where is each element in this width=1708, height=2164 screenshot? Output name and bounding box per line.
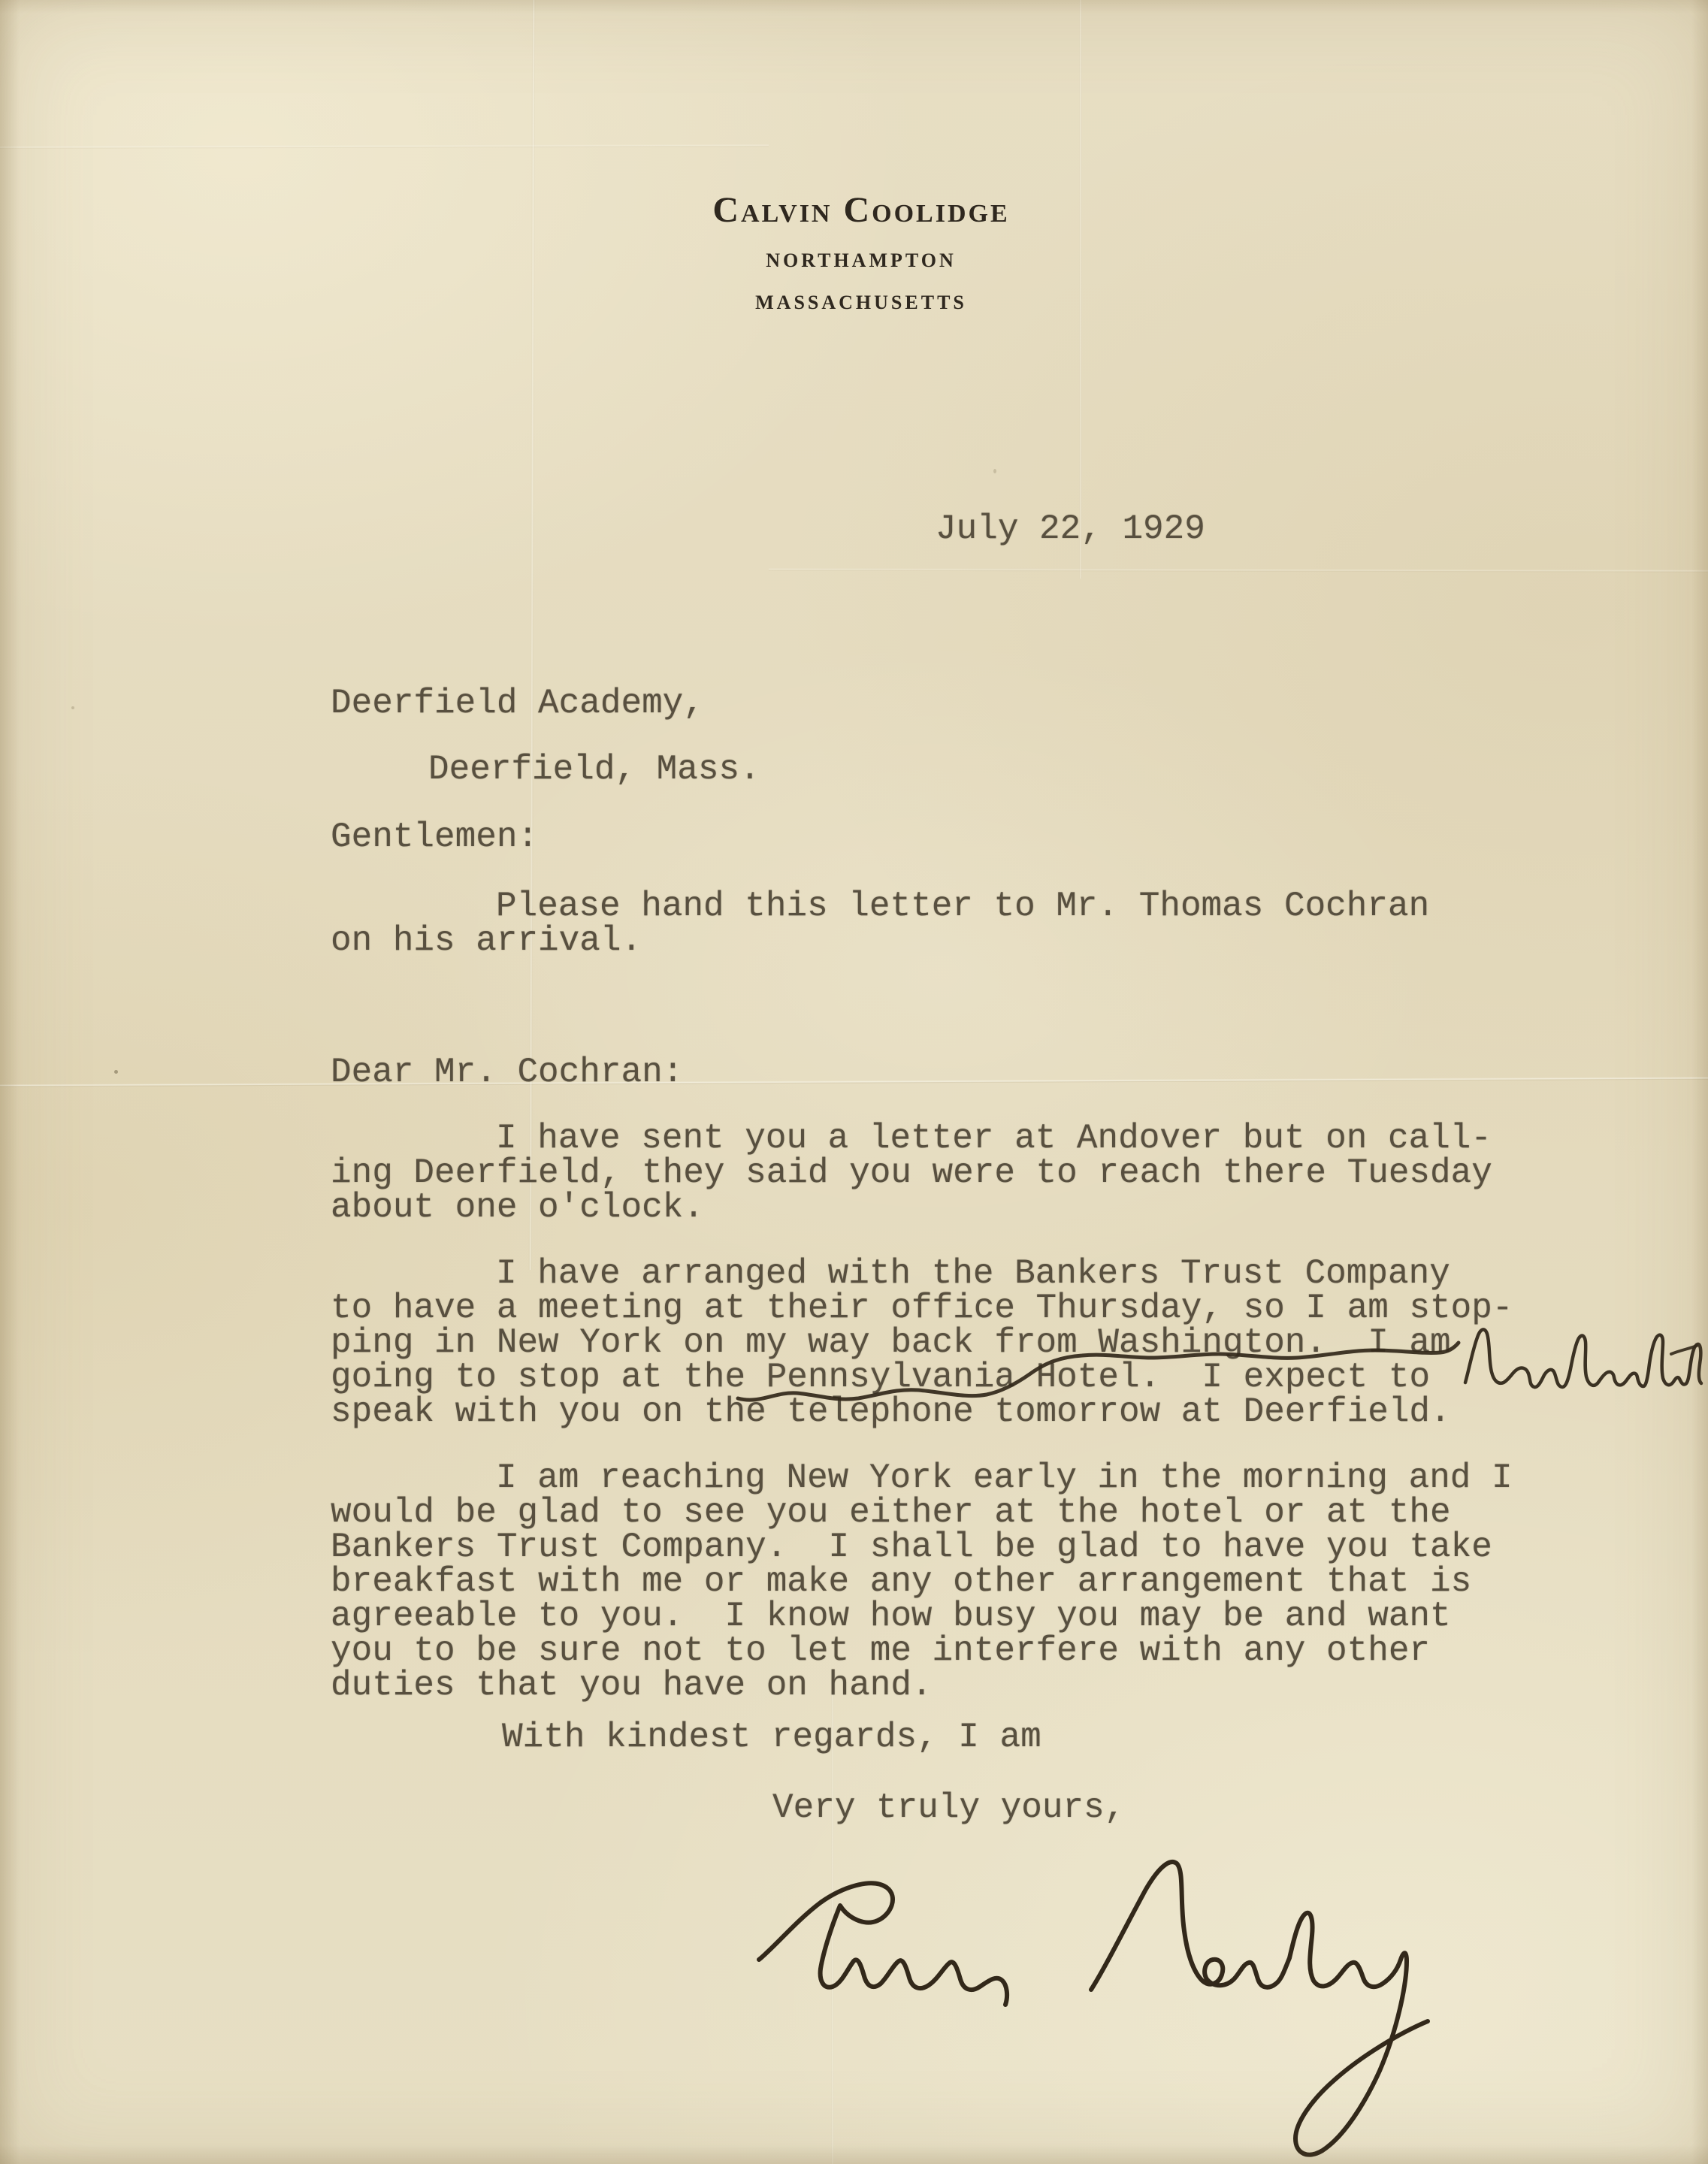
typed-line: ping in New York on my way back from Was… [331, 1325, 1451, 1360]
forward-note-line-1: Please hand this letter to Mr. Thomas Co… [496, 889, 1429, 923]
typed-segment: Hotel. I expect to [1015, 1358, 1430, 1397]
date-line: July 22, 1929 [936, 512, 1205, 546]
typed-line: I am reaching New York early in the morn… [496, 1461, 1513, 1495]
letterhead-town: Northampton [766, 249, 957, 272]
typed-line: I have arranged with the Bankers Trust C… [496, 1256, 1450, 1291]
typed-line: I have sent you a letter at Andover but … [496, 1121, 1492, 1156]
letterhead-name: Calvin Coolidge [712, 189, 1009, 231]
scanned-letter-page: Calvin Coolidge Northampton Massachusett… [0, 0, 1708, 2164]
recipient-line-1: Deerfield Academy, [331, 686, 704, 721]
typed-line: duties that you have on hand. [331, 1668, 933, 1703]
fold-crease-horizontal-upper [769, 568, 1708, 573]
typed-line: agreeable to you. I know how busy you ma… [331, 1599, 1451, 1634]
typed-line: about one o'clock. [331, 1190, 704, 1225]
typed-line: you to be sure not to let me interfere w… [331, 1634, 1430, 1668]
typed-line: to have a meeting at their office Thursd… [331, 1291, 1513, 1325]
typed-line: would be glad to see you either at the h… [331, 1495, 1451, 1530]
signature-calvin-coolidge: Calvin Coolidge [759, 1862, 1428, 2155]
handwritten-insertion-vanderbilt: Vanderbilt [1465, 1329, 1701, 1387]
salutation-cochran: Dear Mr. Cochran: [331, 1055, 683, 1090]
typed-line: ing Deerfield, they said you were to rea… [331, 1156, 1492, 1190]
typed-segment: going to stop at the [331, 1358, 766, 1397]
paper-speck [993, 469, 996, 473]
struck-word-pennsylvania: Pennsylvania [766, 1358, 1015, 1397]
typed-line: Bankers Trust Company. I shall be glad t… [331, 1530, 1492, 1564]
closing-valediction: Very truly yours, [772, 1791, 1125, 1825]
fold-crease-horizontal-top [0, 144, 769, 150]
paper-speck [114, 1070, 118, 1074]
fold-crease-vertical-right [1079, 0, 1082, 579]
typed-line-with-correction: going to stop at the Pennsylvania Hotel.… [331, 1360, 1430, 1395]
closing-regards: With kindest regards, I am [502, 1720, 1041, 1754]
salutation-organization: Gentlemen: [331, 820, 538, 854]
fold-crease-vertical-bottom [831, 1694, 834, 2164]
paper-speck [71, 706, 74, 709]
typed-line: speak with you on the telephone tomorrow… [331, 1395, 1451, 1429]
recipient-line-2: Deerfield, Mass. [428, 752, 760, 787]
fold-crease-horizontal-middle [0, 1077, 1708, 1087]
letterhead-state: Massachusetts [755, 292, 967, 314]
handwriting-overlay: Vanderbilt Calvin Coolidge [0, 0, 1708, 2164]
typed-line: breakfast with me or make any other arra… [331, 1564, 1471, 1599]
forward-note-line-2: on his arrival. [331, 923, 642, 958]
